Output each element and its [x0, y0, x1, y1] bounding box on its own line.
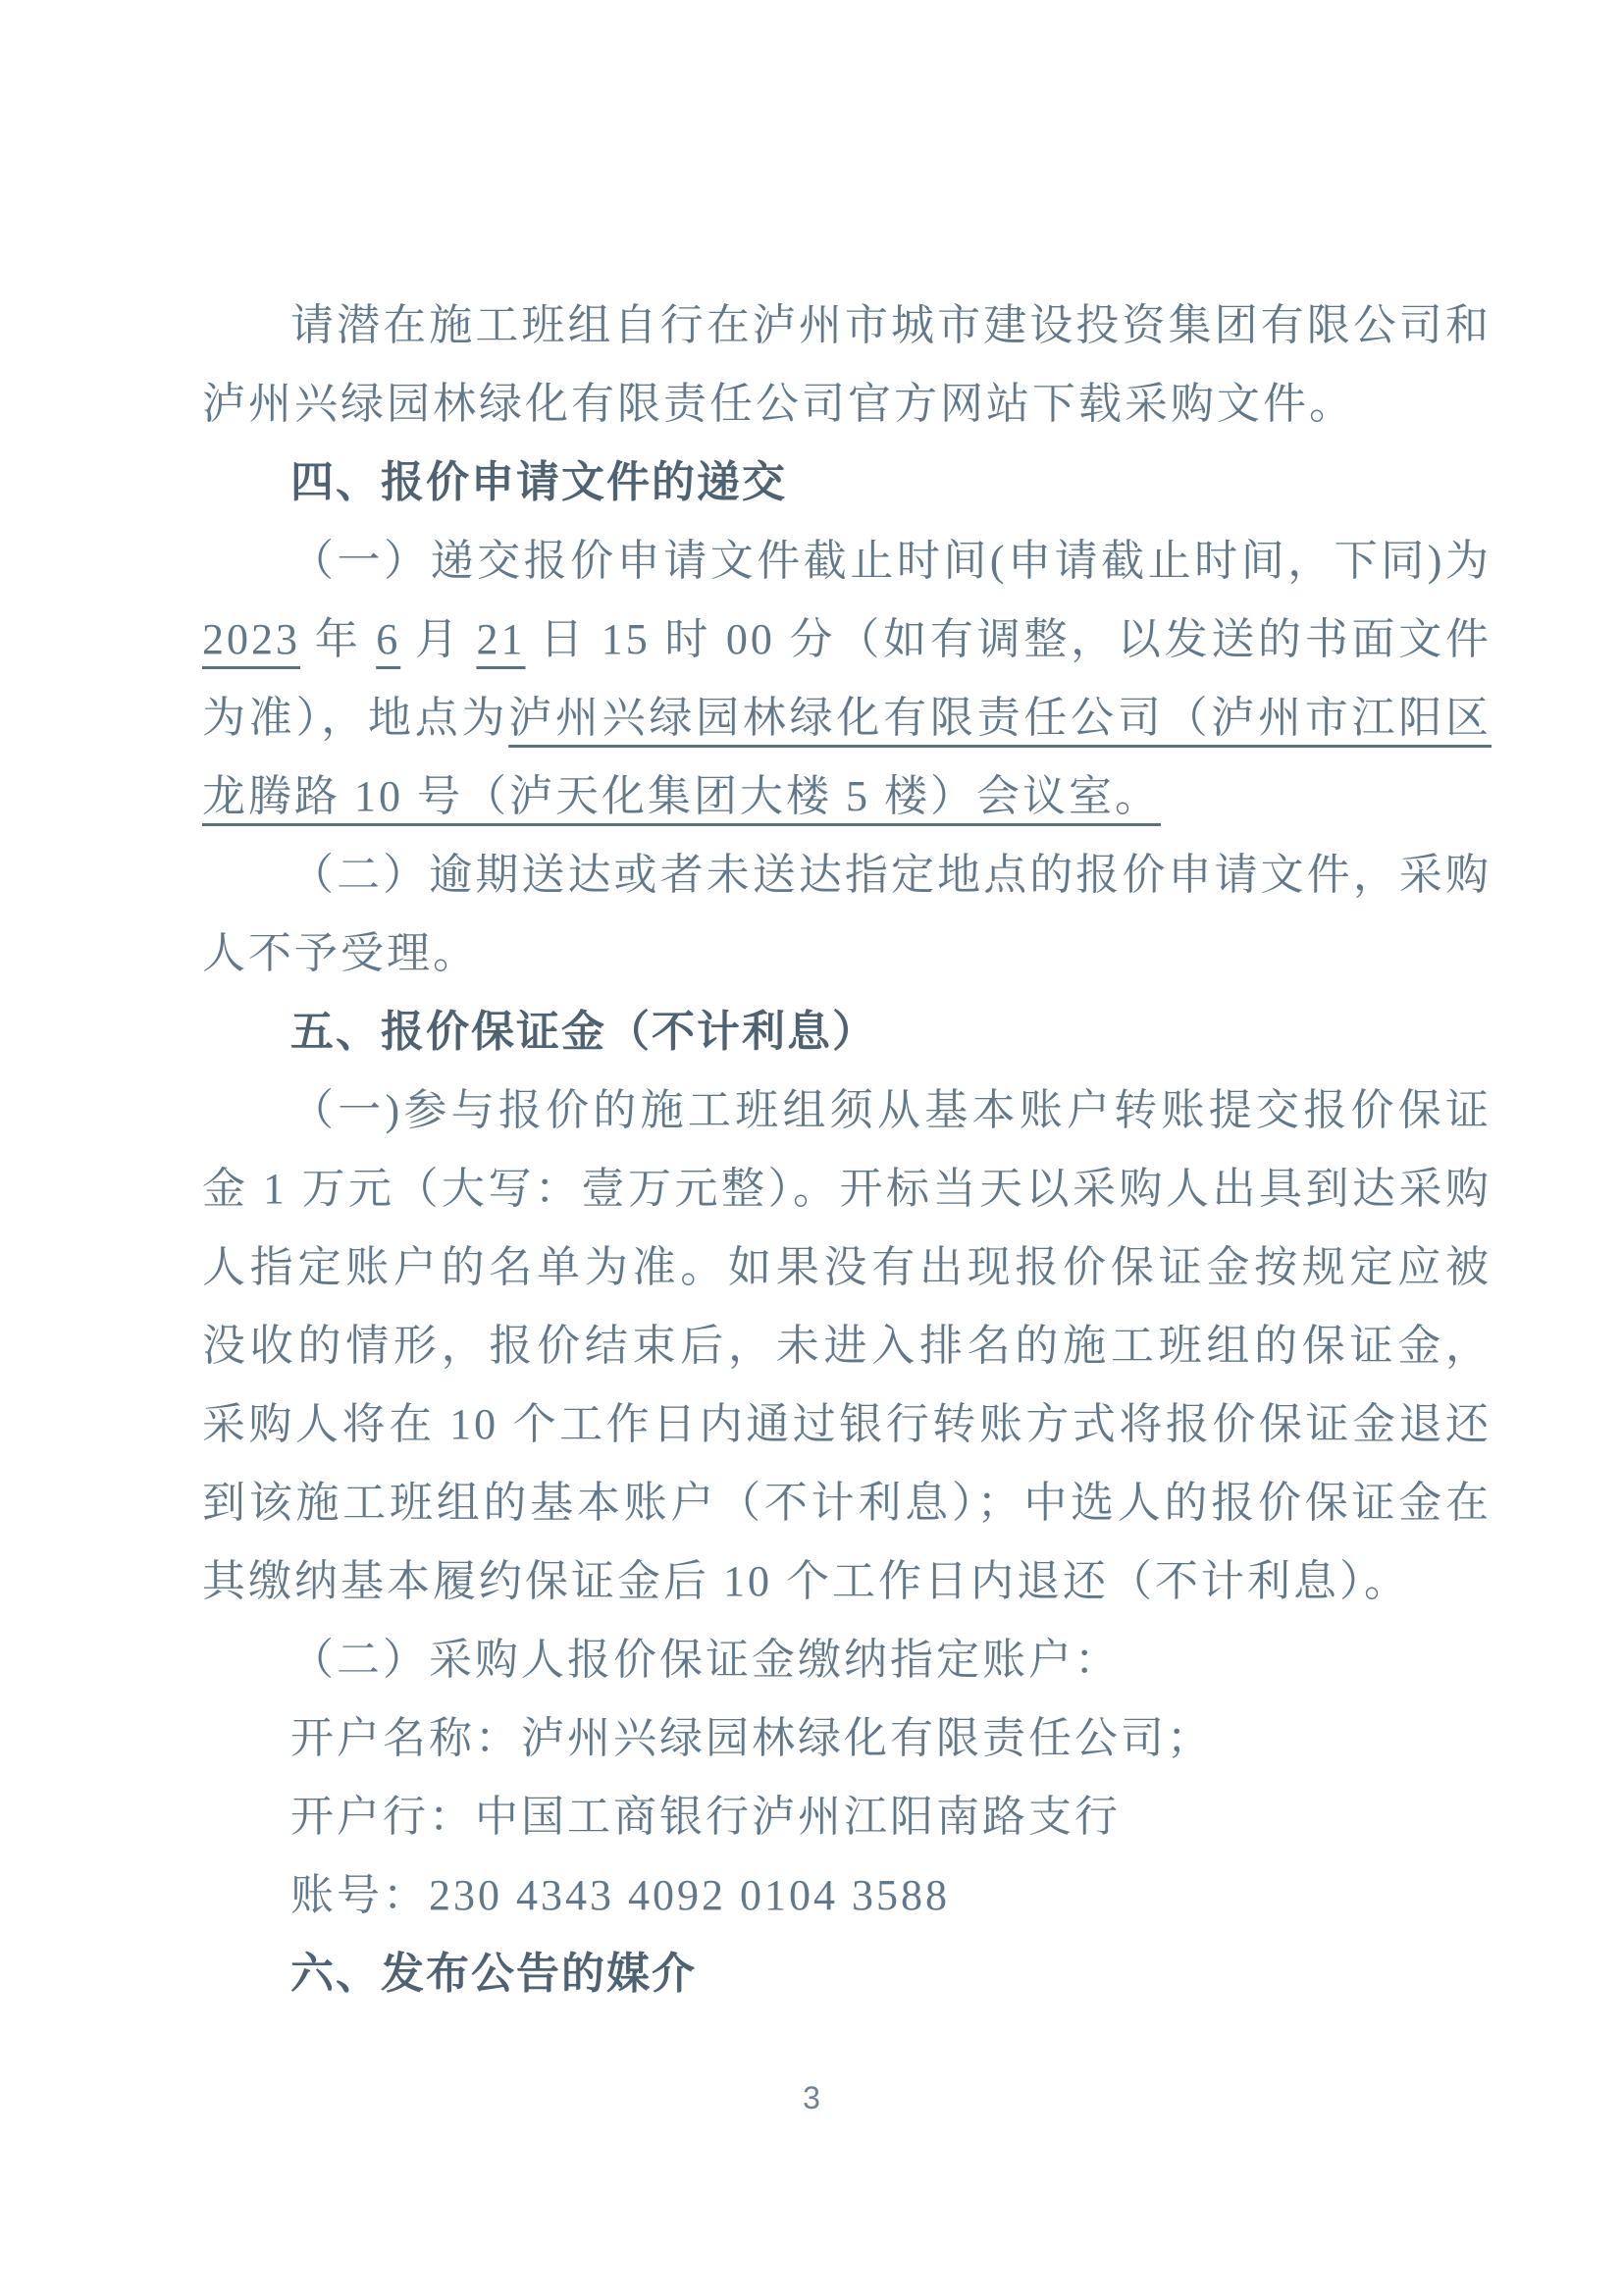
deadline-lead-text: （一）递交报价申请文件截止时间(申请截止时间，下同)为 — [290, 537, 1492, 585]
deadline-year-value: 2023 — [202, 615, 300, 663]
page-number: 3 — [0, 2078, 1623, 2117]
heading-section-4: 四、报价申请文件的递交 — [202, 444, 1492, 522]
deadline-day-value: 21 — [476, 615, 525, 663]
deadline-month-value: 6 — [376, 615, 400, 663]
deadline-month-label: 月 — [400, 615, 476, 663]
paragraph-deposit-rules: （一)参与报价的施工班组须从基本账户转账提交报价保证金 1 万元（大写：壹万元整… — [202, 1071, 1492, 1621]
heading-section-6: 六、发布公告的媒介 — [202, 1935, 1492, 2013]
paragraph-submission-deadline: （一）递交报价申请文件截止时间(申请截止时间，下同)为2023 年 6 月 21… — [202, 522, 1492, 836]
paragraph-download-notice: 请潜在施工班组自行在泸州市城市建设投资集团有限公司和泸州兴绿园林绿化有限责任公司… — [202, 287, 1492, 444]
paragraph-overdue-rule: （二）逾期送达或者未送达指定地点的报价申请文件，采购人不予受理。 — [202, 836, 1492, 993]
paragraph-account-number: 账号：230 4343 4092 0104 3588 — [202, 1856, 1492, 1935]
document-body: 请潜在施工班组自行在泸州市城市建设投资集团有限公司和泸州兴绿园林绿化有限责任公司… — [202, 287, 1492, 2013]
heading-section-5: 五、报价保证金（不计利息） — [202, 993, 1492, 1071]
deadline-year-label: 年 — [300, 615, 376, 663]
paragraph-account-intro: （二）采购人报价保证金缴纳指定账户： — [202, 1621, 1492, 1699]
paragraph-account-bank: 开户行：中国工商银行泸州江阳南路支行 — [202, 1778, 1492, 1856]
paragraph-account-name: 开户名称：泸州兴绿园林绿化有限责任公司； — [202, 1699, 1492, 1778]
document-page: 请潜在施工班组自行在泸州市城市建设投资集团有限公司和泸州兴绿园林绿化有限责任公司… — [0, 0, 1623, 2296]
